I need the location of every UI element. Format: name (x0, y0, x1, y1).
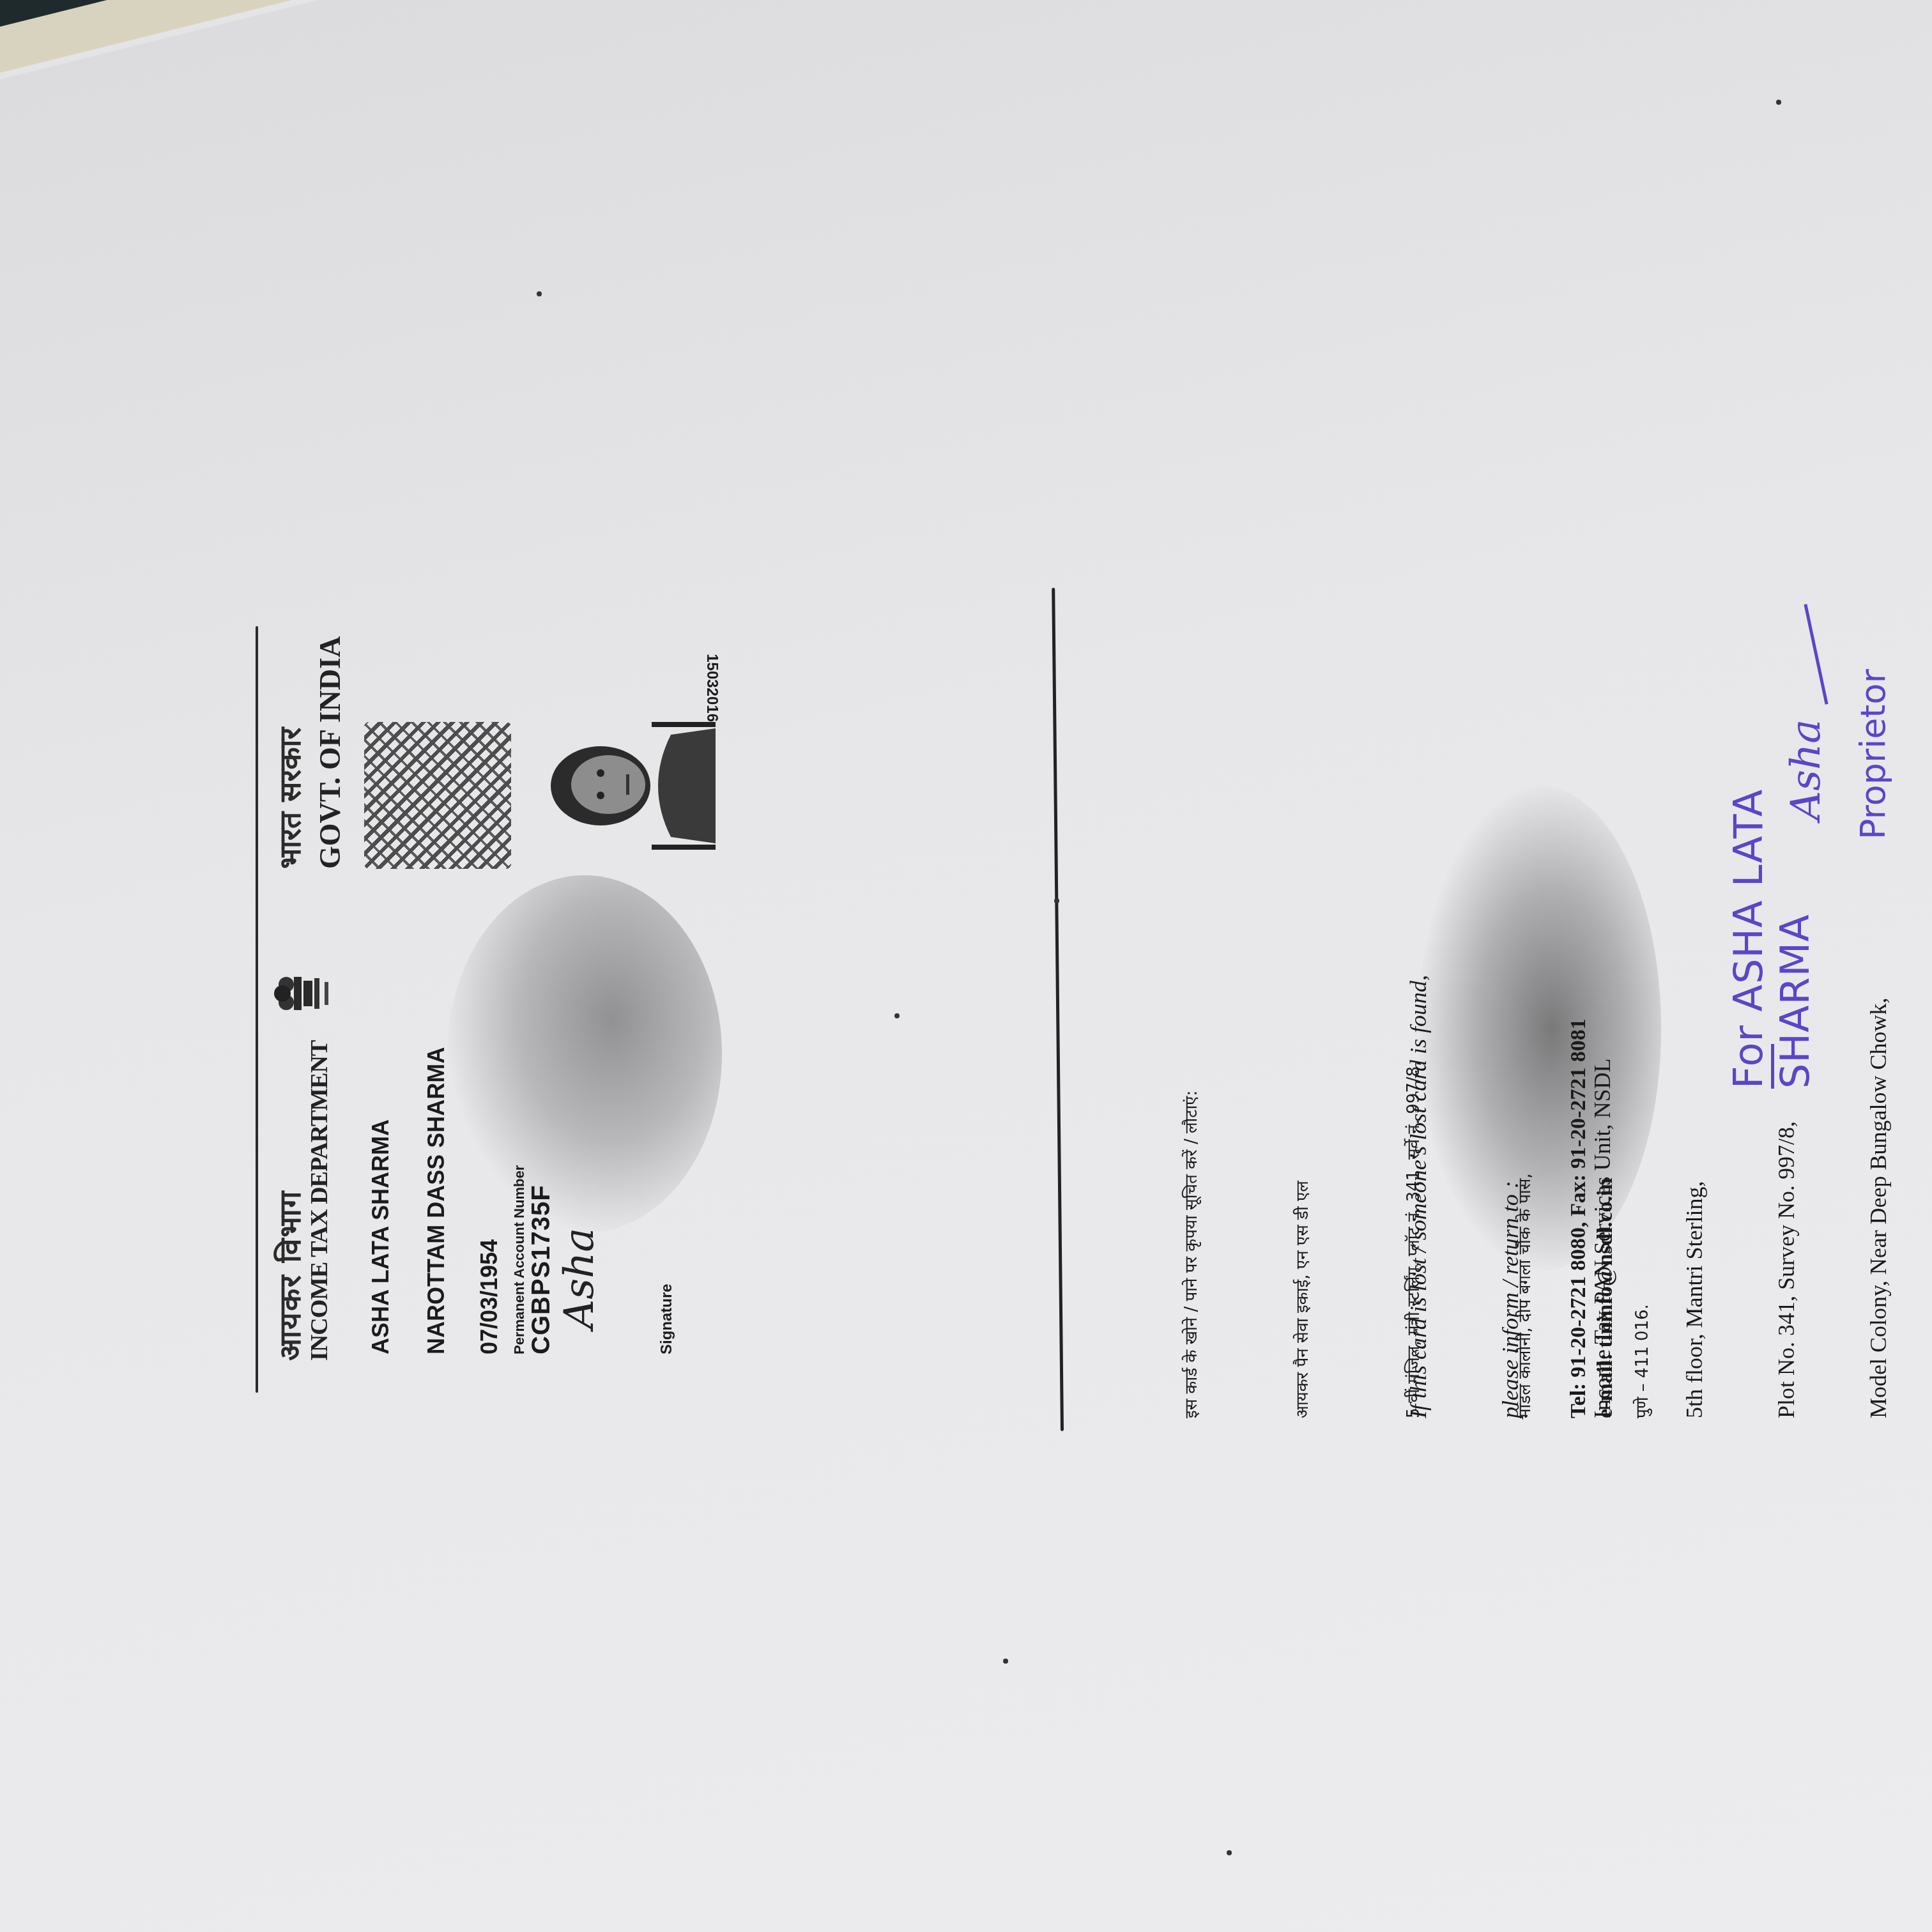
pan-card-back: इस कार्ड के खोने / पाने पर कृपया सूचित क… (1061, 588, 1636, 1431)
proprietor-signature: Asha (1782, 719, 1830, 820)
proprietor-stamp: For ASHA LATA SHARMA Asha Proprietor (1725, 603, 1904, 1089)
speck (1776, 100, 1781, 105)
pan-number: CGBPS1735F (527, 1184, 556, 1354)
speck (1003, 1659, 1008, 1664)
holder-photo (524, 716, 716, 856)
hologram-icon (364, 722, 511, 869)
speck (1227, 1850, 1232, 1855)
government-label: GOVT. OF INDIA (313, 636, 347, 869)
contact-info: Tel: 91-20-2721 8080, Fax: 91-20-2721 80… (1565, 1018, 1619, 1418)
stamp-role: Proprietor (1853, 669, 1893, 839)
signature-label: Signature (658, 1284, 676, 1354)
card-back-edge (1052, 588, 1064, 1431)
hindi-line: इस कार्ड के खोने / पाने पर कृपया सूचित क… (1173, 1061, 1210, 1418)
pan-card-front: आयकर विभाग INCOME TAX DEPARTMENT भारत सर… (256, 626, 722, 1393)
holder-signature: Asha (556, 1228, 603, 1329)
english-intro-line: please inform / return to : (1495, 975, 1526, 1418)
father-name: NAROTTAM DASS SHARMA (423, 1047, 450, 1354)
speck (894, 1013, 900, 1018)
speck (537, 291, 542, 296)
stamp-underline (1771, 1044, 1774, 1089)
copy-noise (447, 875, 722, 1233)
hindi-line: आयकर पैन सेवा इकाई, एन एस डी एल (1284, 1061, 1321, 1418)
address-line: 5th floor, Mantri Sterling, (1679, 975, 1710, 1418)
hindi-department-label: आयकर विभाग (270, 1190, 309, 1361)
email: e-mail: tininfo@nsdl.co.in (1592, 1018, 1619, 1418)
pan-label: Permanent Account Number (511, 1165, 528, 1354)
rotated-document: आयकर विभाग INCOME TAX DEPARTMENT भारत सर… (0, 0, 1932, 1932)
stamp-title: For ASHA LATA SHARMA (1725, 603, 1818, 1089)
national-emblem-icon (268, 968, 339, 1019)
telephone-fax: Tel: 91-20-2721 8080, Fax: 91-20-2721 80… (1565, 1018, 1592, 1418)
card-top-edge (256, 626, 258, 1393)
speck (1054, 898, 1059, 903)
hindi-government-label: भारत सरकार (270, 728, 309, 869)
english-intro-line: If this card is lost / someone's lost ca… (1403, 975, 1434, 1418)
date-of-birth: 07/03/1954 (476, 1239, 503, 1354)
holder-name: ASHA LATA SHARMA (367, 1119, 394, 1354)
department-label: INCOME TAX DEPARTMENT (305, 1041, 333, 1361)
card-serial-number: 15032016 (703, 654, 721, 722)
